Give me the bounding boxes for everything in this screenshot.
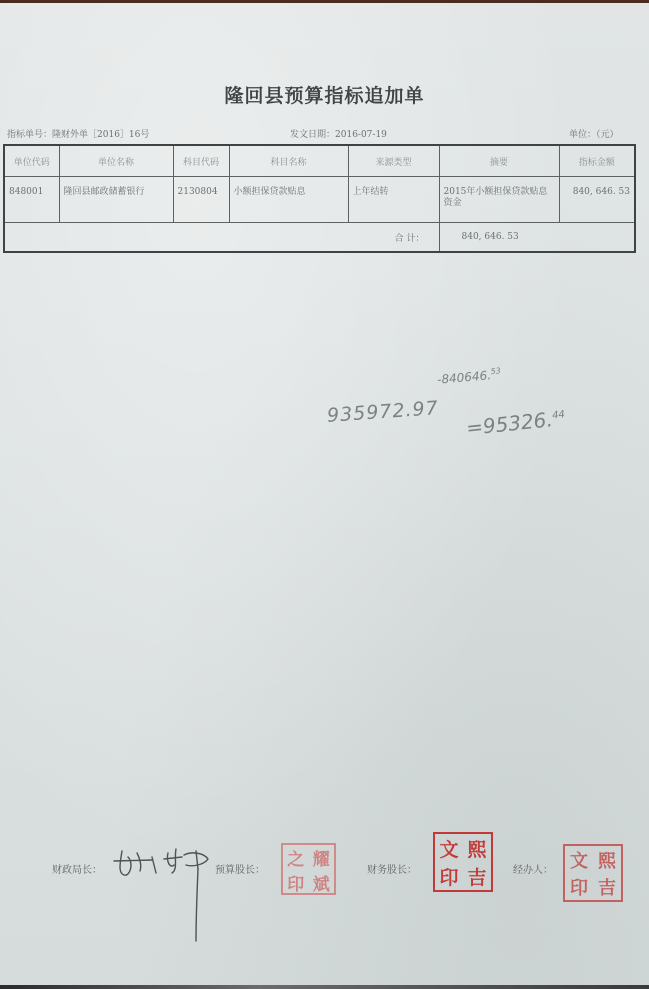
finance-director-label: 财政局长： bbox=[52, 861, 102, 876]
header-subject-name: 科目名称 bbox=[229, 145, 348, 177]
cell-subject-code: 2130804 bbox=[173, 177, 229, 223]
issue-date: 发文日期：2016-07-19 bbox=[290, 127, 387, 140]
issue-date-value: 2016-07-19 bbox=[335, 130, 387, 140]
paper-sheet: 隆回县预算指标追加单 指标单号：隆财外单［2016］16号 发文日期：2016-… bbox=[0, 3, 649, 985]
header-summary: 摘要 bbox=[439, 145, 559, 177]
handler-seal: 文 熙 印 吉 bbox=[563, 844, 623, 902]
total-value: 840, 646. 53 bbox=[439, 223, 635, 253]
photo-background-bottom-edge bbox=[0, 985, 649, 989]
cell-unit-name: 隆回县邮政储蓄银行 bbox=[59, 177, 173, 223]
header-unit-code: 单位代码 bbox=[4, 145, 59, 177]
total-row: 合 计： 840, 646. 53 bbox=[4, 223, 635, 253]
finance-section-label: 财务股长： bbox=[367, 861, 417, 876]
table-row: 848001 隆回县邮政储蓄银行 2130804 小额担保贷款贴息 上年结转 2… bbox=[4, 177, 635, 223]
budget-section-label: 预算股长： bbox=[215, 861, 265, 876]
handwritten-subtrahend-cents: 53 bbox=[490, 366, 501, 376]
handwritten-minuend: 935972.97 bbox=[326, 397, 439, 427]
total-label: 合 计： bbox=[4, 223, 439, 253]
budget-table: 单位代码 单位名称 科目代码 科目名称 来源类型 摘要 指标金额 848001 … bbox=[3, 144, 636, 253]
document-number: 指标单号：隆财外单［2016］16号 bbox=[7, 127, 149, 140]
cell-unit-code: 848001 bbox=[4, 177, 59, 223]
finance-section-seal: 文 熙 印 吉 bbox=[433, 832, 493, 892]
budget-section-seal: 之 耀 印 斌 bbox=[281, 843, 336, 895]
handwritten-result-main: =95326. bbox=[465, 407, 554, 440]
handler-label: 经办人： bbox=[513, 861, 553, 876]
header-subject-code: 科目代码 bbox=[173, 145, 229, 177]
cell-subject-name: 小额担保贷款贴息 bbox=[229, 177, 348, 223]
header-source-type: 来源类型 bbox=[348, 145, 439, 177]
currency-unit: 单位：（元） bbox=[569, 127, 619, 140]
cell-amount: 840, 646. 53 bbox=[559, 177, 635, 223]
header-amount: 指标金额 bbox=[559, 145, 635, 177]
cell-summary: 2015年小额担保贷款贴息资金 bbox=[439, 177, 559, 223]
handwritten-result-cents: 44 bbox=[552, 409, 566, 421]
issue-date-label: 发文日期： bbox=[290, 130, 335, 140]
document-number-label: 指标单号： bbox=[7, 130, 52, 140]
table-header-row: 单位代码 单位名称 科目代码 科目名称 来源类型 摘要 指标金额 bbox=[4, 145, 635, 177]
document-title: 隆回县预算指标追加单 bbox=[0, 81, 649, 108]
header-unit-name: 单位名称 bbox=[59, 145, 173, 177]
handwritten-subtrahend: -840646.53 bbox=[436, 366, 501, 387]
document-number-value: 隆财外单［2016］16号 bbox=[52, 130, 149, 140]
handwritten-signature bbox=[112, 843, 222, 943]
cell-source-type: 上年结转 bbox=[348, 177, 439, 223]
handwritten-subtrahend-main: -840646. bbox=[437, 368, 492, 387]
handwritten-result: =95326.44 bbox=[465, 406, 566, 440]
